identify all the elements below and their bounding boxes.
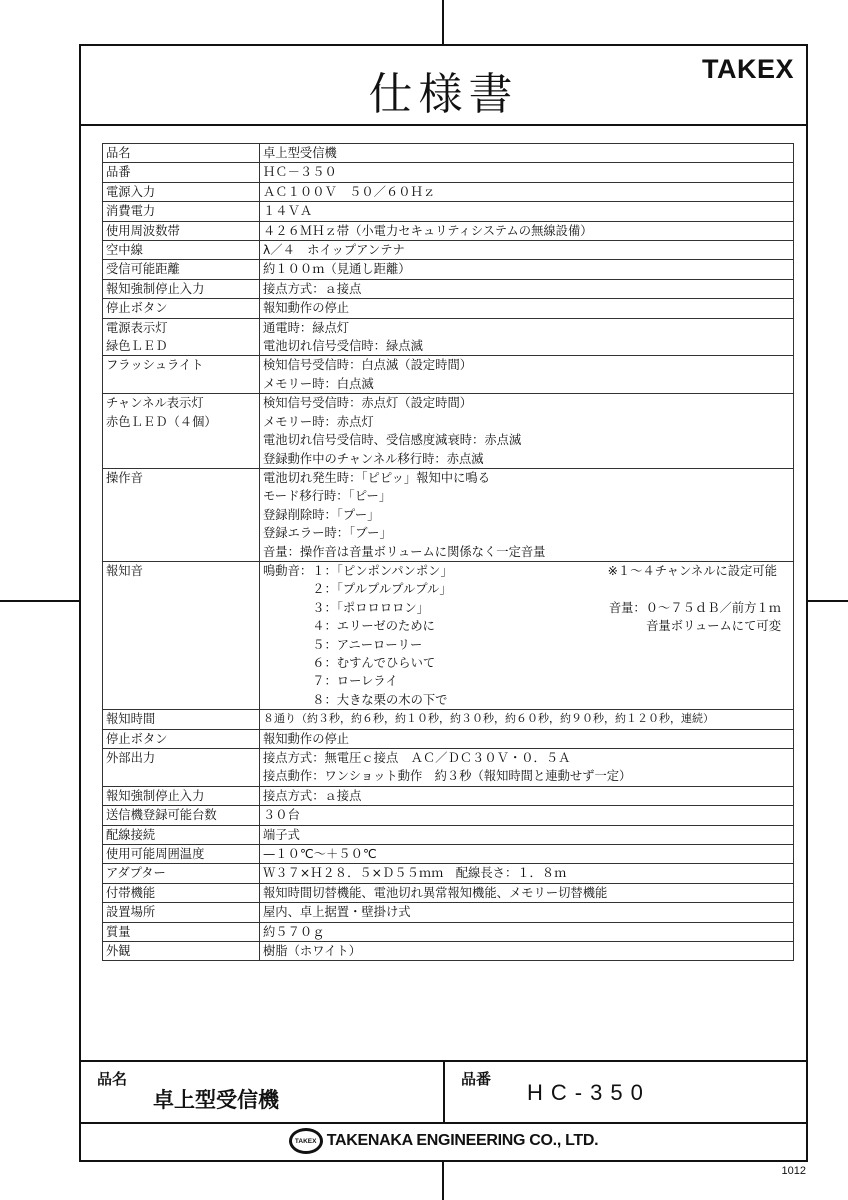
spec-value-text: Ｗ３７×Ｈ２８．５×Ｄ５５ｍｍ 配線長さ：１．８ｍ [263,864,790,882]
spec-value-text: メモリー時：白点滅 [263,375,790,393]
spec-value: 電池切れ発生時：「ピピッ」報知中に鳴るモード移行時：「ピー」登録削除時：「プー」… [260,468,794,561]
table-row: フラッシュライト検知信号受信時：白点滅（設定時間）メモリー時：白点滅 [103,356,794,394]
spec-value-text: 報知動作の停止 [263,299,790,317]
spec-value-text: ＡＣ１００Ｖ ５０／６０Ｈｚ [263,183,790,201]
product-name-value: 卓上型受信機 [153,1084,279,1114]
spec-value-text: ８通り（約３秒，約６秒，約１０秒，約３０秒，約６０秒，約９０秒，約１２０秒，連続… [263,710,790,728]
spec-value: 鳴動音：１：「ピンポンパンポン」 ２：「プルプルプルプル」 ３：「ポロロロロン」… [260,561,794,709]
alarm-tone-item: ６：むすんでひらいて [263,654,790,672]
spec-table: 品名卓上型受信機品番ＨＣ－３５０電源入力ＡＣ１００Ｖ ５０／６０Ｈｚ消費電力１４… [102,143,794,961]
table-row: 停止ボタン報知動作の停止 [103,299,794,318]
registration-mark-left [0,600,79,602]
table-row: 外観樹脂（ホワイト） [103,942,794,961]
spec-label: 空中線 [103,241,260,260]
spec-label: 電源入力 [103,182,260,201]
table-row: 品番ＨＣ－３５０ [103,163,794,182]
spec-label: 配線接続 [103,825,260,844]
spec-value-text: 電池切れ発生時：「ピピッ」報知中に鳴る [263,469,790,487]
spec-label: 品番 [103,163,260,182]
spec-label-text: 設置場所 [106,903,256,921]
spec-label: フラッシュライト [103,356,260,394]
spec-value: ８通り（約３秒，約６秒，約１０秒，約３０秒，約６０秒，約９０秒，約１２０秒，連続… [260,710,794,729]
spec-value: 通電時：緑点灯電池切れ信号受信時：緑点滅 [260,318,794,356]
spec-value: ＡＣ１００Ｖ ５０／６０Ｈｚ [260,182,794,201]
spec-value-text: 検知信号受信時：白点滅（設定時間） [263,356,790,374]
table-row: 電源表示灯緑色ＬＥＤ通電時：緑点灯電池切れ信号受信時：緑点滅 [103,318,794,356]
spec-value: Ｗ３７×Ｈ２８．５×Ｄ５５ｍｍ 配線長さ：１．８ｍ [260,864,794,883]
spec-value: ３０台 [260,806,794,825]
table-row: 操作音電池切れ発生時：「ピピッ」報知中に鳴るモード移行時：「ピー」登録削除時：「… [103,468,794,561]
company-row: TAKEX TAKENAKA ENGINEERING CO., LTD. [81,1122,806,1160]
spec-value-text: 音量：操作音は音量ボリュームに関係なく一定音量 [263,543,790,561]
table-row: 設置場所屋内、卓上据置・壁掛け式 [103,903,794,922]
spec-label-text: 電源表示灯 [106,319,256,337]
spec-sheet-frame: 仕様書 TAKEX 品名卓上型受信機品番ＨＣ－３５０電源入力ＡＣ１００Ｖ ５０／… [79,44,808,1162]
spec-value: ＨＣ－３５０ [260,163,794,182]
sheet-header: 仕様書 TAKEX [81,46,806,126]
table-row: 電源入力ＡＣ１００Ｖ ５０／６０Ｈｚ [103,182,794,201]
spec-label: 報知時間 [103,710,260,729]
spec-value-text: 卓上型受信機 [263,144,790,162]
spec-label-text: 赤色ＬＥＤ（４個） [106,413,256,431]
product-name-cell: 品名 卓上型受信機 [81,1062,445,1122]
spec-label-text: 報知時間 [106,710,256,728]
spec-value-text: 約５７０ｇ [263,923,790,941]
alarm-note: ※１～４チャンネルに設定可能 [608,562,777,580]
spec-value-text: λ／４ ホイップアンテナ [263,241,790,259]
spec-label: 外部出力 [103,749,260,787]
spec-label: 品名 [103,144,260,163]
spec-value-text: ３０台 [263,806,790,824]
spec-label-text: 品番 [106,163,256,181]
product-name-label: 品名 [97,1068,127,1089]
spec-label: 使用可能周囲温度 [103,845,260,864]
spec-value-text: 接点方式：無電圧ｃ接点 ＡＣ／ＤＣ３０Ｖ・０．５Ａ [263,749,790,767]
spec-label-text: 付帯機能 [106,884,256,902]
table-row: チャンネル表示灯赤色ＬＥＤ（４個）検知信号受信時：赤点灯（設定時間）メモリー時：… [103,394,794,469]
spec-value: 樹脂（ホワイト） [260,942,794,961]
registration-mark-bottom [442,1160,444,1200]
spec-value-text: 電池切れ信号受信時、受信感度減衰時：赤点滅 [263,431,790,449]
spec-value: 報知時間切替機能、電池切れ異常報知機能、メモリー切替機能 [260,883,794,902]
spec-value: λ／４ ホイップアンテナ [260,241,794,260]
spec-label: 電源表示灯緑色ＬＥＤ [103,318,260,356]
spec-value-text: １４ＶＡ [263,202,790,220]
spec-value-text: 登録動作中のチャンネル移行時：赤点滅 [263,450,790,468]
spec-value-text: 登録削除時：「プー」 [263,506,790,524]
spec-label: 報知音 [103,561,260,709]
spec-label-text: 外観 [106,942,256,960]
spec-label-text: 停止ボタン [106,299,256,317]
spec-label-text: 空中線 [106,241,256,259]
spec-label-text: 停止ボタン [106,730,256,748]
table-row: 報知時間８通り（約３秒，約６秒，約１０秒，約３０秒，約６０秒，約９０秒，約１２０… [103,710,794,729]
spec-label-text: 電源入力 [106,183,256,201]
page-title: 仕様書 [81,58,806,122]
registration-mark-right [806,600,848,602]
spec-value: 検知信号受信時：赤点灯（設定時間）メモリー時：赤点灯電池切れ信号受信時、受信感度… [260,394,794,469]
alarm-tone-item: ７：ローレライ [263,672,790,690]
spec-label-text: 消費電力 [106,202,256,220]
spec-label-text: 質量 [106,923,256,941]
spec-value: 検知信号受信時：白点滅（設定時間）メモリー時：白点滅 [260,356,794,394]
table-row: アダプターＷ３７×Ｈ２８．５×Ｄ５５ｍｍ 配線長さ：１．８ｍ [103,864,794,883]
spec-label: 受信可能距離 [103,260,260,279]
spec-label-text: 使用可能周囲温度 [106,845,256,863]
spec-value: 端子式 [260,825,794,844]
product-number-value: HC-350 [527,1080,651,1106]
spec-value-text: 端子式 [263,826,790,844]
spec-label-text: アダプター [106,864,256,882]
spec-value-text: 接点動作：ワンショット動作 約３秒（報知時間と連動せず一定） [263,767,790,785]
spec-value-text: 電池切れ信号受信時：緑点滅 [263,337,790,355]
alarm-note: 音量：０～７５ｄＢ／前方１ｍ [609,599,781,617]
table-row: 消費電力１４ＶＡ [103,202,794,221]
spec-value-text: —１０℃～＋５０℃ [263,845,790,863]
spec-label: 報知強制停止入力 [103,786,260,805]
spec-value: ４２６ＭＨｚ帯（小電力セキュリティシステムの無線設備） [260,221,794,240]
spec-label-text: フラッシュライト [106,356,256,374]
spec-label: 付帯機能 [103,883,260,902]
spec-label: 操作音 [103,468,260,561]
brand-logo: TAKEX [702,54,794,85]
spec-value-text: 接点方式：ａ接点 [263,280,790,298]
spec-label: 停止ボタン [103,299,260,318]
spec-value: 約５７０ｇ [260,922,794,941]
table-row: 報知強制停止入力接点方式：ａ接点 [103,279,794,298]
spec-value-text: 通電時：緑点灯 [263,319,790,337]
table-row: 使用可能周囲温度—１０℃～＋５０℃ [103,845,794,864]
spec-label: 消費電力 [103,202,260,221]
spec-label: 報知強制停止入力 [103,279,260,298]
table-row: 使用周波数帯４２６ＭＨｚ帯（小電力セキュリティシステムの無線設備） [103,221,794,240]
spec-value-text: 約１００ｍ（見通し距離） [263,260,790,278]
product-number-cell: 品番 HC-350 [445,1062,806,1122]
spec-label-text: 緑色ＬＥＤ [106,337,256,355]
spec-value: 報知動作の停止 [260,299,794,318]
spec-label: 使用周波数帯 [103,221,260,240]
spec-value-text: ＨＣ－３５０ [263,163,790,181]
company-name: TAKENAKA ENGINEERING CO., LTD. [327,1132,599,1150]
spec-value-text: ４２６ＭＨｚ帯（小電力セキュリティシステムの無線設備） [263,222,790,240]
product-number-label: 品番 [461,1068,491,1089]
document-number: 1012 [782,1165,806,1177]
spec-value-text: 検知信号受信時：赤点灯（設定時間） [263,394,790,412]
alarm-note: 音量ボリュームにて可変 [646,617,781,635]
spec-label: 設置場所 [103,903,260,922]
table-row: 送信機登録可能台数３０台 [103,806,794,825]
spec-value-text: モード移行時：「ピー」 [263,487,790,505]
table-row: 配線接続端子式 [103,825,794,844]
spec-value-text: 接点方式：ａ接点 [263,787,790,805]
spec-value-text: 屋内、卓上据置・壁掛け式 [263,903,790,921]
spec-value-text: 登録エラー時：「ブー」 [263,524,790,542]
spec-label-text: チャンネル表示灯 [106,394,256,412]
spec-value: 報知動作の停止 [260,729,794,748]
spec-label: 停止ボタン [103,729,260,748]
spec-label-text: 外部出力 [106,749,256,767]
title-block: 品名 卓上型受信機 品番 HC-350 [81,1060,806,1124]
spec-value: 接点方式：ａ接点 [260,279,794,298]
spec-label: チャンネル表示灯赤色ＬＥＤ（４個） [103,394,260,469]
alarm-tone-item: ２：「プルプルプルプル」 [263,580,790,598]
table-row: 停止ボタン報知動作の停止 [103,729,794,748]
spec-label-text: 配線接続 [106,826,256,844]
spec-label-text: 送信機登録可能台数 [106,806,256,824]
table-row: 受信可能距離約１００ｍ（見通し距離） [103,260,794,279]
table-row: 報知音鳴動音：１：「ピンポンパンポン」 ２：「プルプルプルプル」 ３：「ポロロロ… [103,561,794,709]
table-row: 報知強制停止入力接点方式：ａ接点 [103,786,794,805]
spec-label-text: 操作音 [106,469,256,487]
spec-value-text: 樹脂（ホワイト） [263,942,790,960]
spec-value-text: 報知時間切替機能、電池切れ異常報知機能、メモリー切替機能 [263,884,790,902]
table-row: 付帯機能報知時間切替機能、電池切れ異常報知機能、メモリー切替機能 [103,883,794,902]
takex-logo-icon: TAKEX [289,1128,323,1154]
registration-mark-top [442,0,444,44]
spec-label-text: 報知音 [106,562,256,580]
spec-value-text: 報知動作の停止 [263,730,790,748]
spec-label: 外観 [103,942,260,961]
table-row: 質量約５７０ｇ [103,922,794,941]
spec-value: 卓上型受信機 [260,144,794,163]
spec-value: 約１００ｍ（見通し距離） [260,260,794,279]
spec-label-text: 品名 [106,144,256,162]
alarm-tone-item: ８：大きな栗の木の下で [263,691,790,709]
spec-value-text: メモリー時：赤点灯 [263,413,790,431]
table-row: 品名卓上型受信機 [103,144,794,163]
spec-label-text: 受信可能距離 [106,260,256,278]
spec-label: 質量 [103,922,260,941]
spec-value: 接点方式：無電圧ｃ接点 ＡＣ／ＤＣ３０Ｖ・０．５Ａ接点動作：ワンショット動作 約… [260,749,794,787]
table-row: 外部出力接点方式：無電圧ｃ接点 ＡＣ／ＤＣ３０Ｖ・０．５Ａ接点動作：ワンショット… [103,749,794,787]
spec-label-text: 使用周波数帯 [106,222,256,240]
spec-value: 屋内、卓上据置・壁掛け式 [260,903,794,922]
spec-label-text: 報知強制停止入力 [106,787,256,805]
spec-label: 送信機登録可能台数 [103,806,260,825]
spec-label-text: 報知強制停止入力 [106,280,256,298]
spec-value: —１０℃～＋５０℃ [260,845,794,864]
alarm-tone-item: ５：アニーローリー [263,636,790,654]
table-row: 空中線λ／４ ホイップアンテナ [103,241,794,260]
spec-value: 接点方式：ａ接点 [260,786,794,805]
spec-label: アダプター [103,864,260,883]
spec-value: １４ＶＡ [260,202,794,221]
